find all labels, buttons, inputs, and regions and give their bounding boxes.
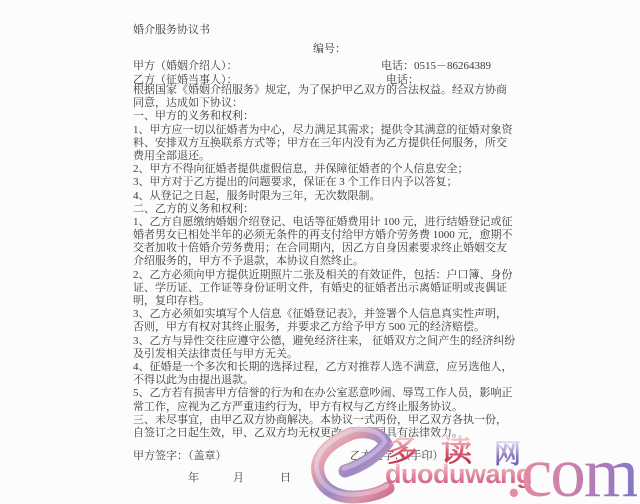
contract-line: 2、乙方必须向甲方提供近期照片二张及相关的有效证件，包括：户口簿、身份 [133,269,515,282]
contract-line: 5、乙方若有损害甲方信誉的行为和在办公室恶意吵闹、辱骂工作人员，影响正 [133,387,515,400]
contract-line: 费用全部退还。 [133,150,515,163]
contract-line: 同意，达成如下协议： [133,97,515,110]
contract-line: 及引发相关法律责任与甲方无关。 [133,348,515,361]
contract-line: 明，复印存档。 [133,295,515,308]
contract-line: 1、甲方应一切以征婚者为中心，尽力满足其需求；提供令其满意的征婚对象资 [133,124,515,137]
contract-body: 根据国家《婚姻介绍服务》规定，为了保护甲乙双方的合法权益。经双方协商同意，达成如… [133,84,515,440]
contract-line: 3、乙方必须如实填写个人信息《征婚登记表》，并签署个人信息真实性声明， [133,308,515,321]
party-a-signature-label: 甲方签字：（盖章） [133,450,227,463]
contract-line: 不得以此为由提出退款。 [133,374,515,387]
contract-line: 否则，甲方有权对其终止服务，并要求乙方给予甲方 500 元的经济赔偿。 [133,321,515,334]
party-a-label: 甲方（婚姻介绍人）： [133,60,238,73]
contract-line: 根据国家《婚姻介绍服务》规定，为了保护甲乙双方的合法权益。经双方协商 [133,84,515,97]
contract-line: 二、乙方的义务和权利： [133,203,515,216]
contract-line: 4、从登记之日起，服务时限为三年，无次数限制。 [133,190,515,203]
watermark-cn-char-wang: 网 [494,441,521,468]
contract-line: 介绍服务的，甲方不予退款，本协议自然终止。 [133,255,515,268]
contract-line: 证、学历证、工作证等身份证明文件，有婚史的征婚者出示离婚证明或丧偶证 [133,282,515,295]
contract-line: 4、征婚是一个多次和长期的选择过程，乙方对推荐人选不满意，应另选他人， [133,361,515,374]
date-year-label: 年 [188,472,199,485]
date-day-label: 日 [280,472,291,485]
contract-line: 3、甲方对于乙方提出的问题要求，保证在 3 个工作日内予以答复； [133,176,515,189]
party-b-signature-label: 乙方签字：（手印） [350,450,444,463]
contract-line: 料、安排双方互换联系方式等；甲方在三年内没有为乙方提供任何服务，所交 [133,137,515,150]
date-month-label: 月 [233,472,244,485]
document-number-label: 编号： [313,43,346,56]
contract-line: 交者加收十倍婚介劳务费用；在合同期内，因乙方自身因素要求终止婚姻交友 [133,242,515,255]
contract-line: 常工作，应视为乙方严重违约行为，甲方有权与乙方终止服务协议。 [133,401,515,414]
scanned-contract-page: 婚介服务协议书 编号： 甲方（婚姻介绍人）： 电话：0515－86264389 … [0,0,640,504]
watermark-tld: .com [505,438,637,504]
contract-line: 婚者男女已相处半年的必须无条件的再支付给甲方婚介劳务费 1000 元，愈期不 [133,229,515,242]
party-a-phone: 电话：0515－86264389 [381,60,491,73]
document-title: 婚介服务协议书 [133,24,210,37]
contract-line: 2、甲方不得向征婚者提供虚假信息，并保障征婚者的个人信息安全； [133,163,515,176]
watermark-site-name: duoduwang [385,461,532,488]
contract-line: 一、甲方的义务和权利： [133,110,515,123]
contract-line: 自签订之日起生效，甲、乙双方均无权更改，本合同具有法律效力。 [133,427,515,440]
contract-line: 1、乙方自愿缴纳婚姻介绍登记、电话等征婚费用计 100 元，进行结婚登记或征 [133,216,515,229]
contract-line: 3、乙方与异性交往应遵守公德，避免经济往来， 征婚双方之间产生的经济纠纷 [133,335,515,348]
contract-line: 三、未尽事宜，由甲乙双方协商解决。本协议一式两份，甲乙双方各执一份， [133,414,515,427]
